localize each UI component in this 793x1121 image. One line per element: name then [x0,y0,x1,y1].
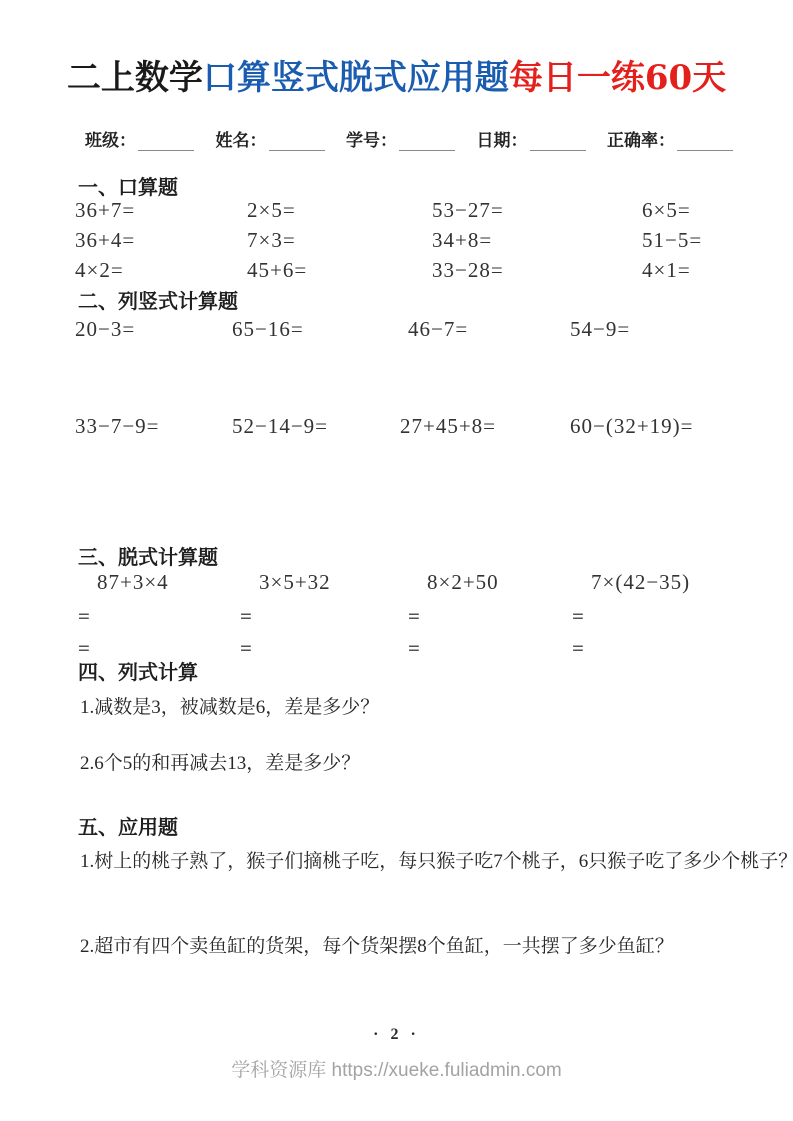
oral-problem: 36+4= [75,227,247,253]
expression-question-2: 2.6个5的和再减去13，差是多少？ [80,748,783,775]
stepwise-problem: 87+3×4 [78,569,240,595]
vertical-problems-row-1: 20−3= 65−16= 46−7= 54−9= [75,316,725,342]
worksheet-page: 二上数学口算竖式脱式应用题每日一练60天 班级： 姓名： 学号： 日期： 正确率… [0,0,793,1121]
form-field-accuracy: 正确率： [607,126,733,151]
word-question-2: 2.超市有四个卖鱼缸的货架，每个货架摆8个鱼缸，一共摆了多少鱼缸？ [80,931,783,958]
title-part-black: 二上数学 [67,58,203,98]
oral-problem: 45+6= [247,257,432,283]
equals-sign: = [572,603,725,629]
page-number: · 2 · [0,1026,793,1044]
stepwise-problem: 8×2+50 [408,569,572,595]
section-word-heading: 五、应用题 [78,811,178,840]
form-field-underline [530,131,586,151]
form-field-label: 学号： [346,126,397,151]
word-question-1: 1.树上的桃子熟了，猴子们摘桃子吃，每只猴子吃7个桃子，6只猴子吃了多少个桃子？ [80,846,783,873]
form-field-underline [269,131,325,151]
oral-problem: 6×5= [642,197,725,223]
watermark-text: 学科资源库 https://xueke.fuliadmin.com [0,1055,793,1082]
vertical-problem: 46−7= [408,316,570,342]
vertical-problems-row-2: 33−7−9= 52−14−9= 27+45+8= 60−(32+19)= [75,413,725,439]
form-field-underline [677,131,733,151]
oral-problem: 4×2= [75,257,247,283]
vertical-problem: 60−(32+19)= [570,413,725,439]
stepwise-problem: 7×(42−35) [572,569,725,595]
stepwise-equals-row-1: = = = = [78,603,725,629]
equals-sign: = [408,603,572,629]
form-field-label: 班级： [85,126,136,151]
vertical-problem: 20−3= [75,316,232,342]
form-field-student-id: 学号： [346,126,455,151]
vertical-problem: 65−16= [232,316,408,342]
vertical-problem: 27+45+8= [400,413,570,439]
section-stepwise-heading: 三、脱式计算题 [78,541,218,570]
vertical-problem: 33−7−9= [75,413,232,439]
form-field-name: 姓名： [216,126,325,151]
form-field-date: 日期： [477,126,586,151]
vertical-problem: 54−9= [570,316,725,342]
section-vertical-heading: 二、列竖式计算题 [78,285,238,314]
header-form: 班级： 姓名： 学号： 日期： 正确率： [85,126,733,151]
oral-problem: 51−5= [642,227,725,253]
section-expression-heading: 四、列式计算 [78,656,198,685]
equals-sign: = [240,603,408,629]
oral-problem: 7×3= [247,227,432,253]
title-part-blue: 口算竖式脱式应用题 [203,58,509,98]
form-field-underline [138,131,194,151]
title-part-red: 每日一练60天 [509,58,726,98]
stepwise-problem: 3×5+32 [240,569,408,595]
vertical-problem: 52−14−9= [232,413,400,439]
oral-problems-grid: 36+7= 2×5= 53−27= 6×5= 36+4= 7×3= 34+8= … [75,197,725,283]
form-field-underline [399,131,455,151]
expression-question-1: 1.减数是3，被减数是6，差是多少？ [80,692,783,719]
oral-problem: 34+8= [432,227,642,253]
oral-problem: 36+7= [75,197,247,223]
oral-problem: 4×1= [642,257,725,283]
page-title: 二上数学口算竖式脱式应用题每日一练60天 [0,58,793,99]
section-oral-heading: 一、口算题 [78,171,178,200]
form-field-label: 日期： [477,126,528,151]
form-field-class: 班级： [85,126,194,151]
equals-sign: = [78,603,240,629]
oral-problem: 33−28= [432,257,642,283]
equals-sign: = [240,635,408,661]
oral-problem: 2×5= [247,197,432,223]
stepwise-problems-row: 87+3×4 3×5+32 8×2+50 7×(42−35) [78,569,725,595]
form-field-label: 正确率： [607,126,675,151]
oral-problem: 53−27= [432,197,642,223]
equals-sign: = [572,635,725,661]
equals-sign: = [408,635,572,661]
form-field-label: 姓名： [216,126,267,151]
